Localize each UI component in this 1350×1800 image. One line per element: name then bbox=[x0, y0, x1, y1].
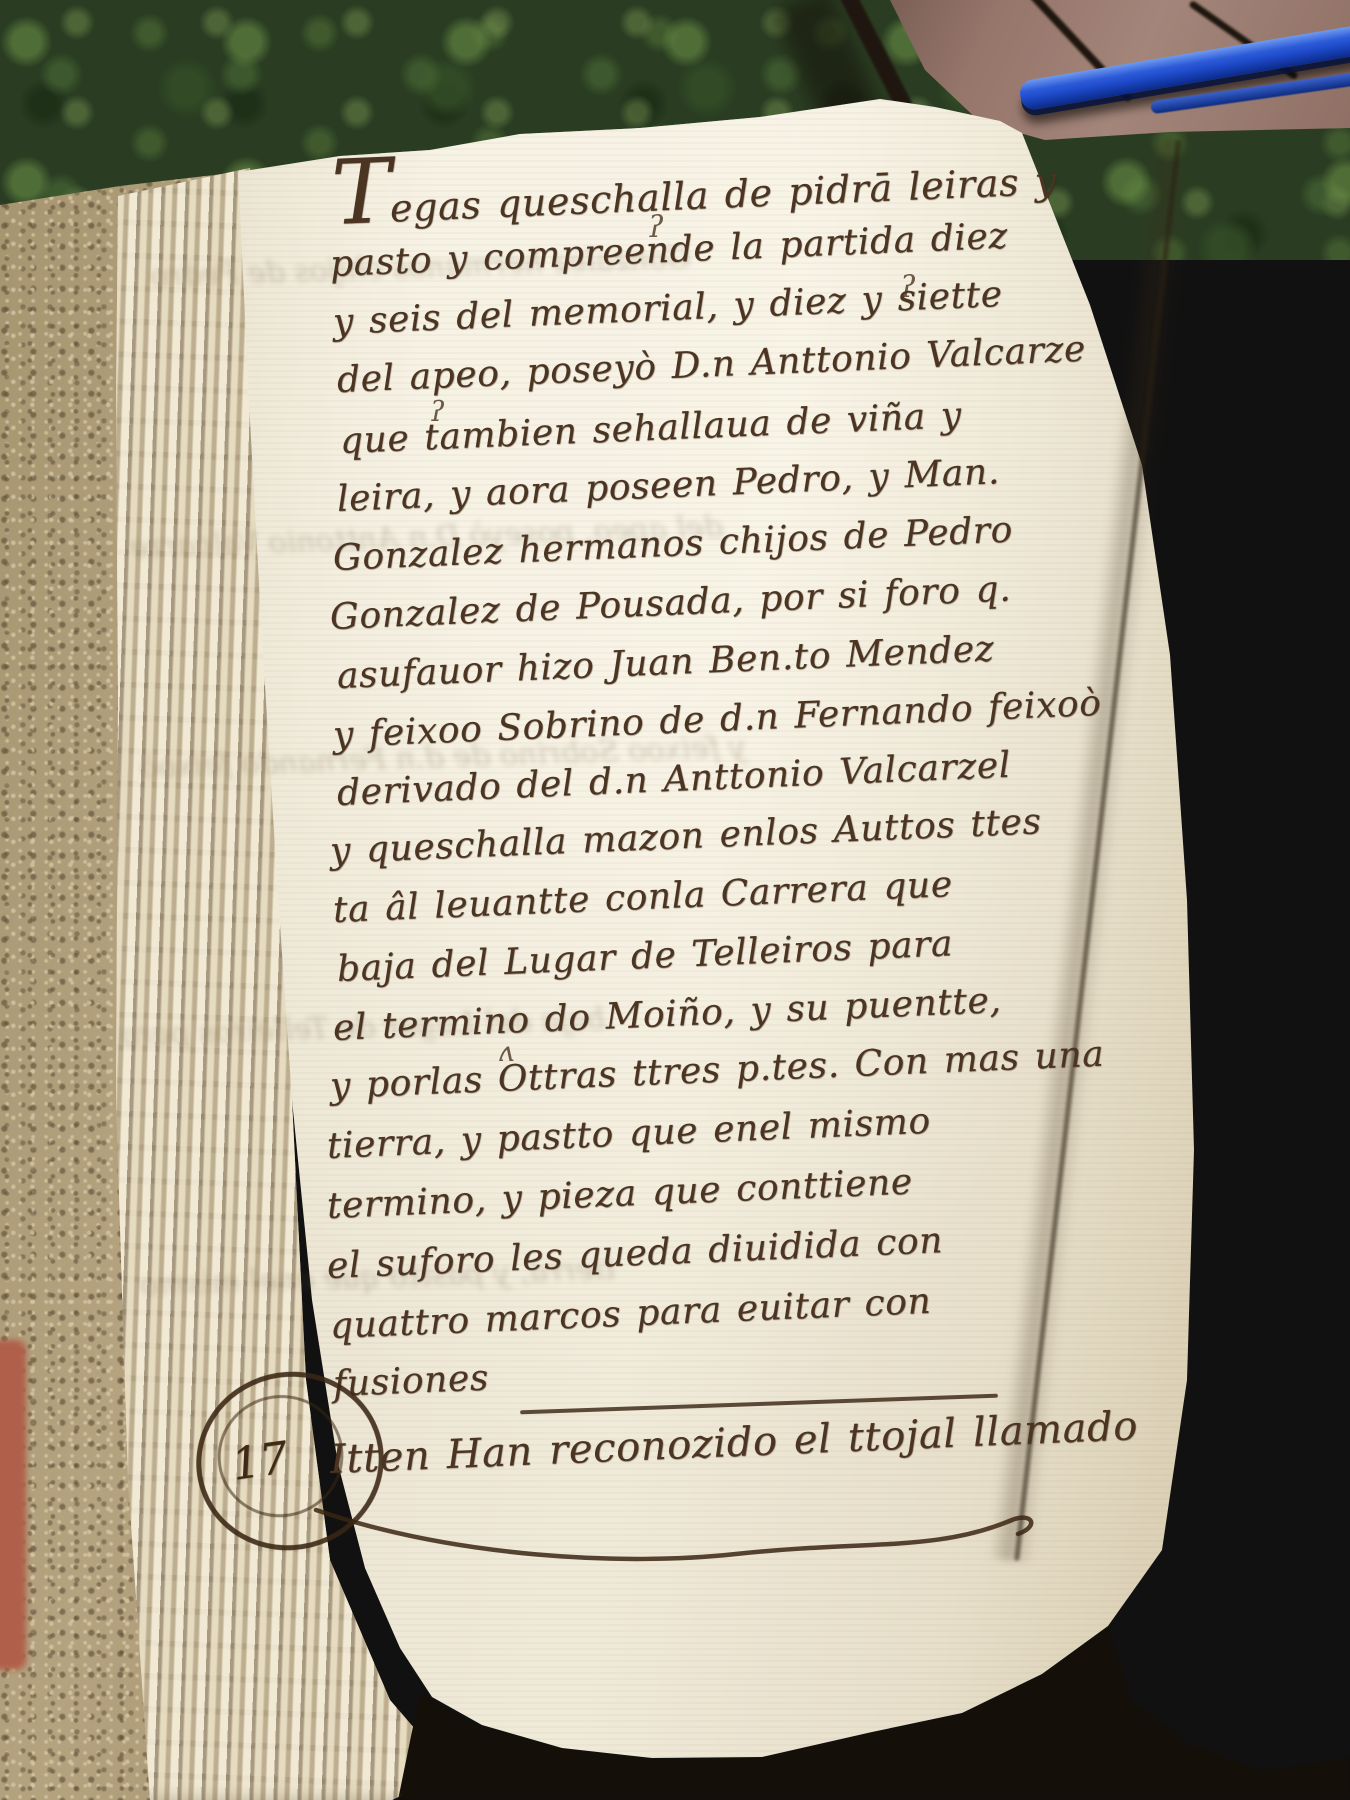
marginal-item-number: 17 bbox=[229, 1432, 292, 1490]
flourish-mark: ʔ bbox=[648, 210, 664, 245]
flourish-mark: ʔ bbox=[900, 270, 916, 305]
flourish-mark: ʌ bbox=[498, 1035, 514, 1068]
terracotta-floor-sliver bbox=[0, 1340, 26, 1670]
flourish-mark: ʔ bbox=[430, 395, 445, 428]
photo-of-open-manuscript-book: Gonzalez hermanos chijos de Pedro del ap… bbox=[0, 0, 1350, 1800]
